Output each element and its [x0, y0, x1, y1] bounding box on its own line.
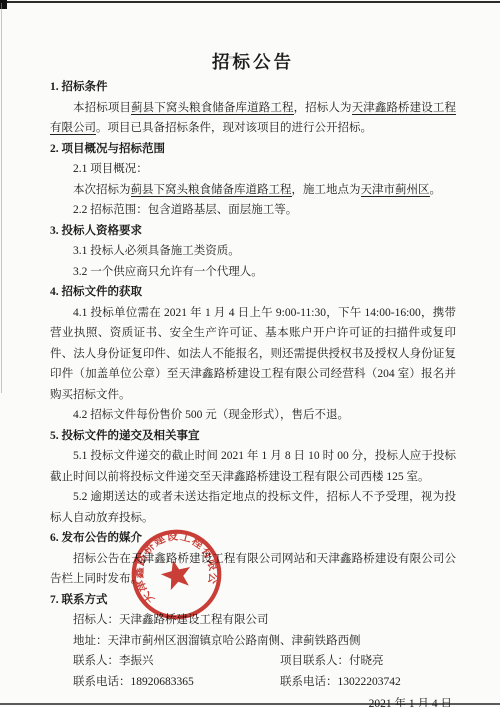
bidder-line: 招标人：天津鑫路桥建设工程有限公司: [50, 610, 456, 631]
section-4-heading: 4. 招标文件的获取: [50, 282, 456, 303]
project-name-underlined: 蓟县下窝头粮食储备库道路工程: [131, 184, 292, 197]
phone-right: 联系电话：13022203742: [280, 672, 401, 693]
section-5-1-paragraph: 5.1 投标文件递交的截止时间 2021 年 1 月 8 日 10 时 00 分…: [50, 446, 456, 487]
scanned-bid-announcement-page: 招标公告 1. 招标条件 本招标项目蓟县下窝头粮食储备库道路工程，招标人为天津鑫…: [0, 0, 500, 707]
section-2-paragraph: 本次招标为蓟县下窝头粮食储备库道路工程，施工地点为天津市蓟州区。: [50, 180, 456, 201]
document-date: 2021 年 1 月 4 日: [50, 694, 452, 707]
section-1-heading: 1. 招标条件: [50, 77, 456, 98]
s1-text-c: 。项目已具备招标条件，现对该项目的进行公开招标。: [96, 122, 372, 134]
page-title: 招标公告: [50, 52, 456, 73]
s2-text-c: 。: [430, 184, 442, 196]
section-7-heading: 7. 联系方式: [50, 590, 456, 611]
s2-text-b: ，施工地点为: [292, 184, 361, 196]
section-5-2-paragraph: 5.2 逾期送达的或者未送达指定地点的投标文件，招标人不予受理，视为投标人自动放…: [50, 487, 456, 528]
section-3-heading: 3. 投标人资格要求: [50, 221, 456, 242]
address-line: 地址：天津市蓟州区洇溜镇京哈公路南侧、津蓟铁路西侧: [50, 631, 456, 652]
s1-text-b: ，招标人为: [294, 102, 352, 114]
section-6-paragraph: 招标公告在天津鑫路桥建设工程有限公司网站和天津鑫路桥建设有限公司公告栏上同时发布…: [50, 549, 456, 590]
phone-row: 联系电话：18920683365 联系电话：13022203742: [50, 672, 456, 693]
location-underlined: 天津市蓟州区: [361, 184, 430, 197]
document-body: 招标公告 1. 招标条件 本招标项目蓟县下窝头粮食储备库道路工程，招标人为天津鑫…: [50, 0, 456, 707]
section-6-heading: 6. 发布公告的媒介: [50, 528, 456, 549]
s1-text-a: 本招标项目: [73, 102, 131, 114]
section-1-paragraph: 本招标项目蓟县下窝头粮食储备库道路工程，招标人为天津鑫路桥建设工程有限公司。项目…: [50, 98, 456, 139]
scan-artifact-left-edge: [1, 3, 2, 393]
project-name-underlined: 蓟县下窝头粮食储备库道路工程: [131, 102, 294, 115]
contact-person-right: 项目联系人：付晓亮: [280, 651, 384, 672]
section-5-heading: 5. 投标文件的递交及相关事宜: [50, 426, 456, 447]
section-2-1-label: 2.1 项目概况：: [50, 159, 456, 180]
section-2-heading: 2. 项目概况与招标范围: [50, 139, 456, 160]
s2-text-a: 本次招标为: [73, 184, 131, 196]
phone-left: 联系电话：18920683365: [73, 676, 194, 688]
section-3-1-item: 3.1 投标人必须具备施工类资质。: [50, 241, 456, 262]
contact-person-row: 联系人：李振兴 项目联系人：付晓亮: [50, 651, 456, 672]
section-3-2-item: 3.2 一个供应商只允许有一个代理人。: [50, 262, 456, 283]
section-4-2-item: 4.2 招标文件每份售价 500 元（现金形式），售后不退。: [50, 405, 456, 426]
section-2-2-label: 2.2 招标范围：包含道路基层、面层施工等。: [50, 200, 456, 221]
contact-person-left: 联系人：李振兴: [73, 655, 154, 667]
section-4-1-paragraph: 4.1 投标单位需在 2021 年 1 月 4 日上午 9:00-11:30，下…: [50, 303, 456, 406]
